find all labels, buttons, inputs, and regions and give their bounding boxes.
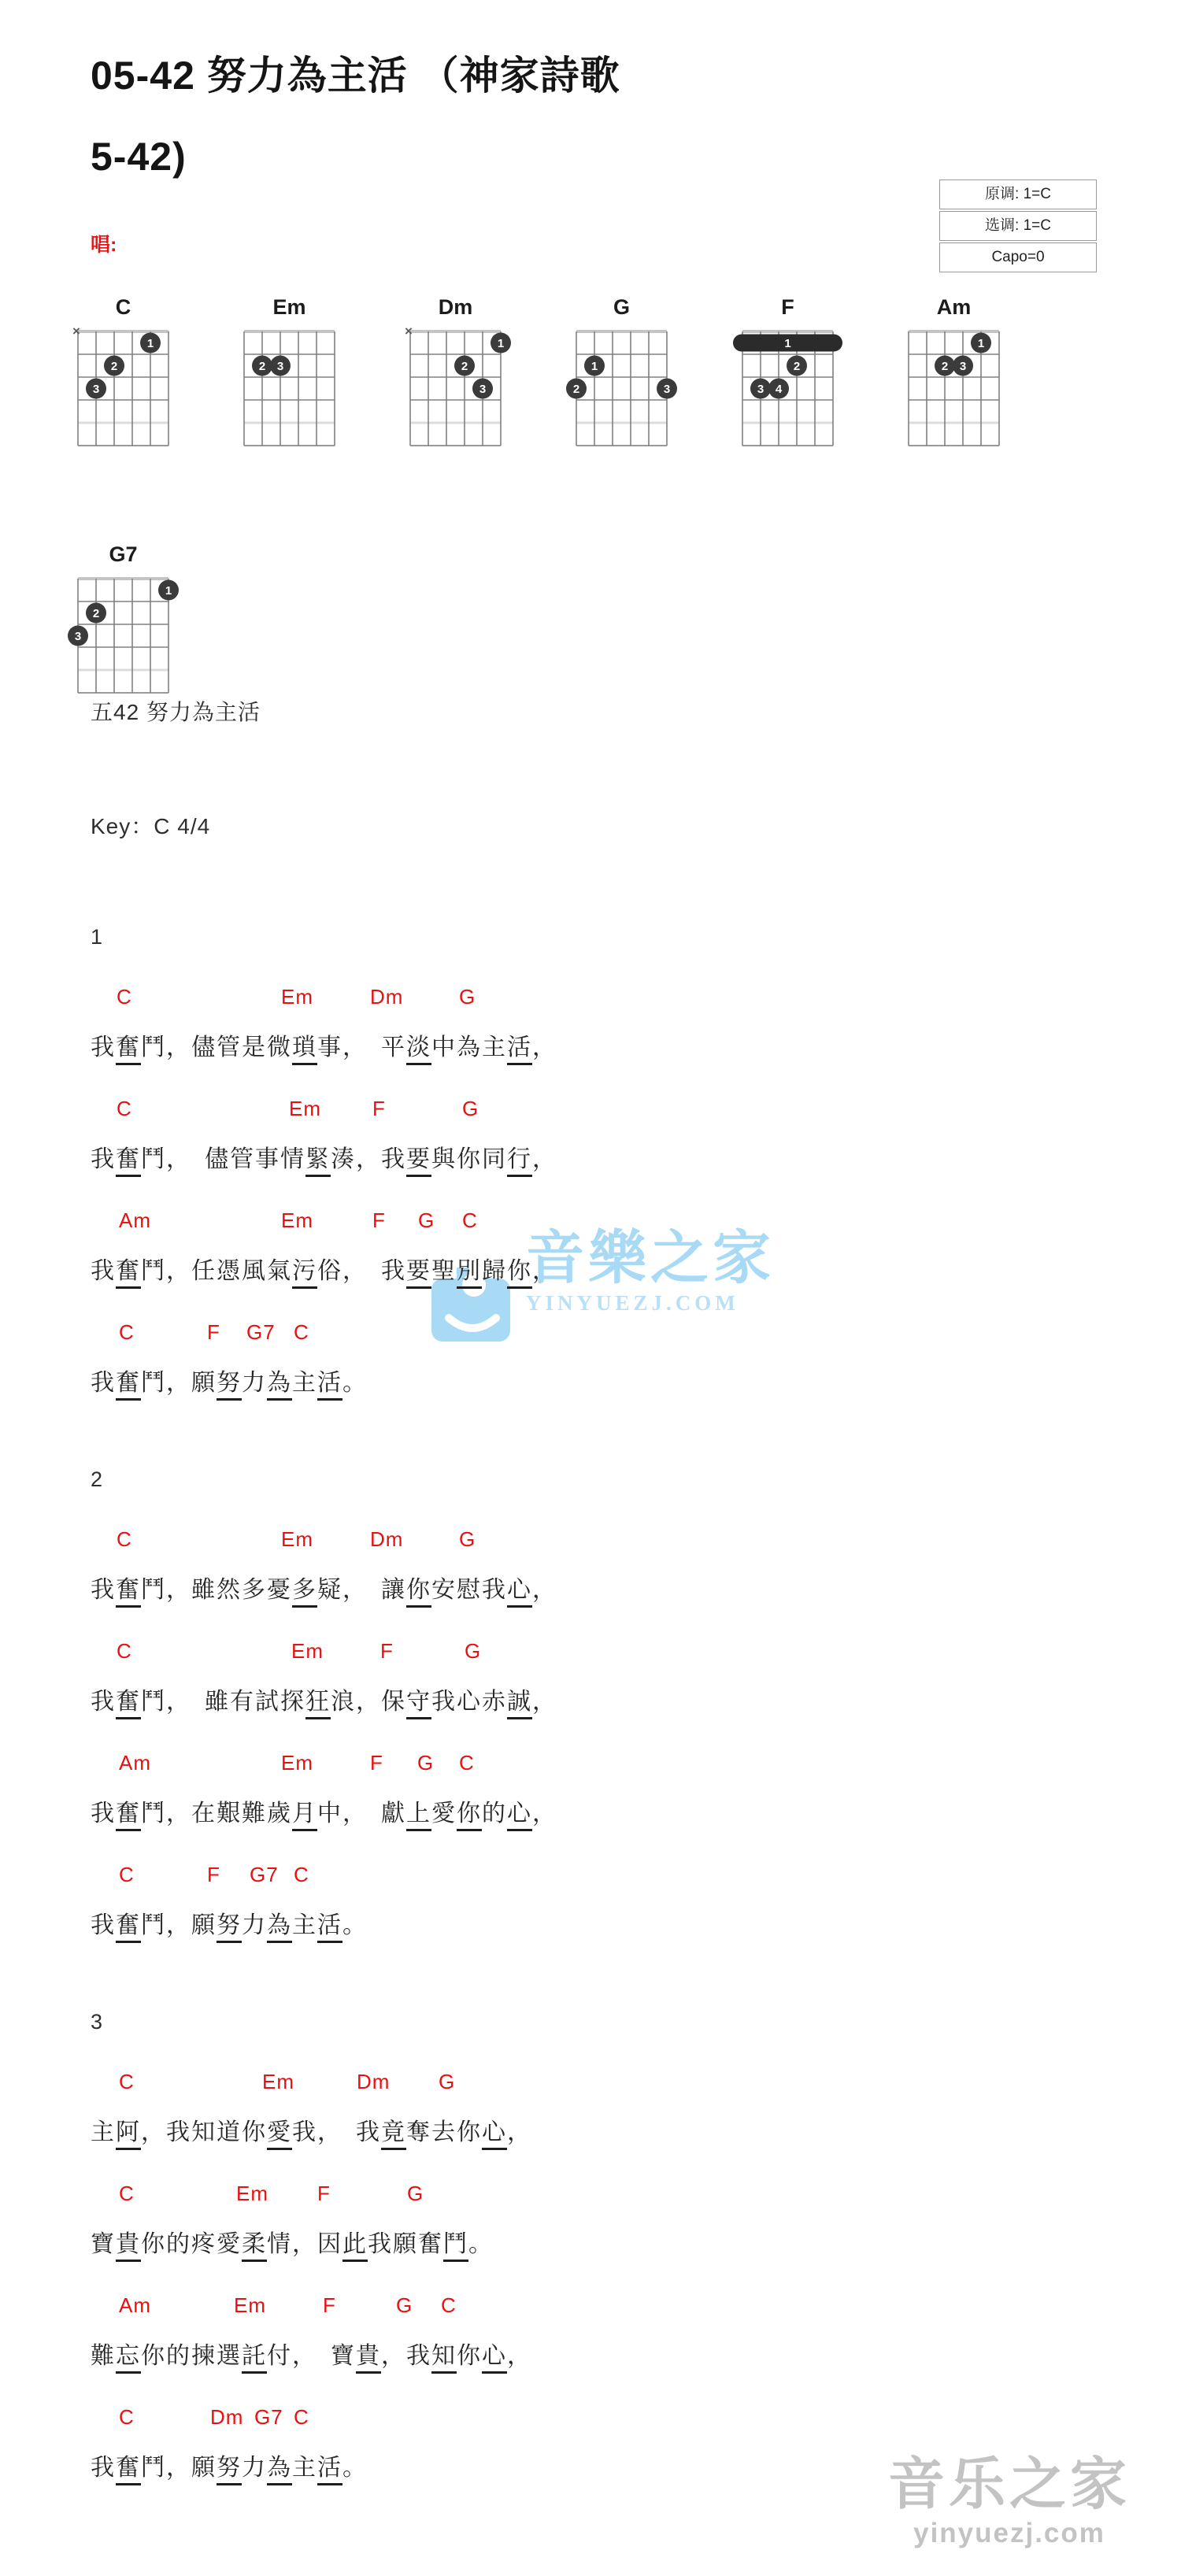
chord-label: Dm: [370, 1527, 403, 1552]
lyric-segment: 湊，我: [331, 1146, 406, 1172]
muted-string-marker: ×: [405, 324, 413, 339]
lyric-segment: 主: [292, 1912, 317, 1938]
sheet-content: 05-42 努力為主活 （神家詩歌5-42) 唱: C×123Em23Dm×12…: [0, 35, 1181, 2493]
verse-3: 3CEmDmG主阿，我知道你愛我， 我竟奪去你心，CEmFG寶貴你的疼愛柔情，因…: [91, 2010, 1181, 2493]
selected-key-row: 选调: 1=C: [939, 211, 1097, 241]
svg-text:1: 1: [784, 337, 790, 350]
fretboard-grid: 123: [75, 569, 173, 695]
chord-name: Dm: [407, 295, 504, 322]
lyric-segment: 我: [91, 1912, 116, 1938]
lyric-segment: 力: [242, 1912, 267, 1938]
chord-label: G7: [254, 2405, 283, 2430]
chord-label: Am: [119, 2293, 151, 2318]
muted-string-marker: ×: [72, 324, 80, 339]
lyric-segment: 託: [242, 2343, 267, 2374]
svg-text:3: 3: [960, 360, 966, 373]
watermark-domain: yinyuezj.com: [888, 2518, 1131, 2549]
fretboard-grid: 1234: [739, 322, 838, 448]
chord-label: G: [462, 1097, 479, 1121]
chord-label: F: [380, 1639, 394, 1664]
chord-label: G: [459, 1527, 476, 1552]
lyric-segment: 污: [292, 1258, 317, 1289]
lyric-segment: 。: [342, 1912, 368, 1938]
lyric-segment: 力: [242, 1370, 267, 1396]
chord-label: F: [207, 1863, 220, 1887]
lyric-segment: 。: [342, 1370, 368, 1396]
lyric-segment: ，: [532, 1146, 557, 1172]
lyric-segment: 我: [91, 1577, 116, 1603]
lyric-segment: 奮: [116, 1258, 141, 1289]
chord-label: C: [459, 1751, 475, 1775]
lyric-segment: 狂: [305, 1689, 331, 1719]
svg-text:2: 2: [794, 360, 800, 373]
capo-row: Capo=0: [939, 242, 1097, 272]
chord-label: C: [294, 1863, 309, 1887]
verse-number: 1: [91, 925, 1181, 949]
lyric-segment: ，: [532, 1034, 557, 1060]
lyric-segment: 行: [507, 1146, 532, 1177]
lyric-segment: 貴: [356, 2343, 381, 2374]
chord-label: G: [418, 1208, 435, 1233]
lyric-segment: 柔: [242, 2231, 267, 2262]
lyric-line: 我奮鬥，儘管是微瑣事， 平淡中為主活，: [91, 1031, 1181, 1073]
lyric-segment: 奮: [116, 2455, 141, 2485]
svg-text:2: 2: [942, 360, 948, 373]
lyric-segment: 鬥，在艱難歲: [141, 1801, 292, 1827]
chord-label: Dm: [370, 985, 403, 1009]
lyric-segment: ，: [532, 1689, 557, 1715]
lyric-segment: ，: [507, 2119, 532, 2145]
lyric-segment: 難: [91, 2343, 116, 2369]
chord-label: G7: [246, 1320, 276, 1345]
chord-label: F: [207, 1320, 220, 1345]
lyric-segment: 。: [468, 2231, 494, 2257]
lyric-segment: 努: [217, 2455, 242, 2485]
lyric-segment: 我: [91, 1034, 116, 1060]
lyric-segment: 我: [91, 1689, 116, 1715]
lyric-segment: 寶: [91, 2231, 116, 2257]
lyric-segment: 奮: [116, 1801, 141, 1831]
lyric-segment: 緊: [305, 1146, 331, 1177]
fretboard-grid: 123: [905, 322, 1004, 448]
svg-text:2: 2: [93, 607, 99, 620]
chord-label: F: [372, 1097, 386, 1121]
chord-label: Em: [234, 2293, 266, 2318]
chord-label: G: [396, 2293, 413, 2318]
chord-label: Am: [119, 1208, 151, 1233]
lyric-segment: 上: [406, 1801, 431, 1831]
svg-text:3: 3: [277, 360, 283, 373]
lyric-chord-line: AmEmFGC我奮鬥，任憑風氣污俗， 我要聖別歸你，: [91, 1208, 1181, 1297]
verse-1: 1CEmDmG我奮鬥，儘管是微瑣事， 平淡中為主活，CEmFG我奮鬥， 儘管事情…: [91, 925, 1181, 1408]
chord-line: CFG7C: [91, 1863, 1181, 1908]
lyric-segment: 。: [342, 2455, 368, 2481]
chord-name: F: [739, 295, 836, 322]
chord-diagram-Am: Am123: [905, 295, 1002, 448]
lyric-segment: ，我: [381, 2343, 431, 2369]
lyric-segment: 瑣: [292, 1034, 317, 1065]
svg-text:1: 1: [165, 584, 172, 598]
lyric-segment: 心: [507, 1577, 532, 1608]
lyric-segment: 鬥， 儘管事情: [141, 1146, 305, 1172]
chord-label: F: [372, 1208, 386, 1233]
lyric-segment: 要: [406, 1258, 431, 1289]
title-line-1: 05-42 努力為主活 （神家詩歌: [91, 54, 620, 98]
page-title: 05-42 努力為主活 （神家詩歌5-42): [91, 35, 1181, 198]
lyric-segment: 鬥， 雖有試探: [141, 1689, 305, 1715]
lyric-segment: 你: [457, 2343, 482, 2369]
fretboard-grid: ×123: [407, 322, 505, 448]
chord-label: G: [465, 1639, 481, 1664]
lyric-segment: 歸: [482, 1258, 507, 1284]
chord-label: Am: [119, 1751, 151, 1775]
lyric-line: 我奮鬥，雖然多憂多疑， 讓你安慰我心，: [91, 1573, 1181, 1616]
song-subtitle: 五42 努力為主活: [91, 695, 1181, 727]
key-signature: Key：C 4/4: [91, 809, 1181, 841]
lyric-segment: 的: [482, 1801, 507, 1827]
lyric-segment: ，: [532, 1801, 557, 1827]
chord-diagram-G: G123: [573, 295, 670, 448]
chord-label: Dm: [210, 2405, 243, 2430]
lyric-segment: 多: [292, 1577, 317, 1608]
lyric-segment: 我: [91, 1146, 116, 1172]
verse-number: 3: [91, 2010, 1181, 2034]
lyric-line: 我奮鬥，願努力為主活。: [91, 2451, 1181, 2493]
svg-text:1: 1: [147, 337, 154, 350]
chord-label: C: [117, 1639, 132, 1664]
lyric-segment: 俗， 我: [317, 1258, 406, 1284]
lyric-segment: 你: [507, 1258, 532, 1289]
svg-text:3: 3: [757, 383, 764, 396]
lyric-segment: 情，因: [267, 2231, 342, 2257]
chord-name: C: [75, 295, 172, 322]
chord-diagram-F: F1234: [739, 295, 836, 448]
chord-label: Em: [281, 1751, 313, 1775]
chord-label: G: [417, 1751, 434, 1775]
chord-label: F: [323, 2293, 336, 2318]
chord-diagram-Dm: Dm×123: [407, 295, 504, 448]
lyric-segment: 你的疼愛: [141, 2231, 242, 2257]
lyric-segment: 你: [457, 1801, 482, 1831]
chord-name: Am: [905, 295, 1002, 322]
lyric-segment: 努: [217, 1912, 242, 1943]
chord-label: G7: [250, 1863, 279, 1887]
lyric-segment: ，我知道你: [141, 2119, 267, 2145]
lyric-segment: 中為主: [431, 1034, 507, 1060]
chord-label: G: [459, 985, 476, 1009]
lyric-line: 我奮鬥，願努力為主活。: [91, 1908, 1181, 1951]
lyric-segment: 鬥，願: [141, 1370, 217, 1396]
lyric-chord-line: AmEmFGC我奮鬥，在艱難歲月中， 獻上愛你的心，: [91, 1751, 1181, 1839]
lyric-segment: 我願奮: [368, 2231, 443, 2257]
lyric-segment: 誠: [507, 1689, 532, 1719]
svg-text:2: 2: [573, 383, 579, 396]
lyric-segment: 事， 平: [317, 1034, 406, 1060]
chord-line: AmEmFGC: [91, 2293, 1181, 2339]
lyric-segment: 奮: [116, 1577, 141, 1608]
verses: 1CEmDmG我奮鬥，儘管是微瑣事， 平淡中為主活，CEmFG我奮鬥， 儘管事情…: [91, 925, 1181, 2493]
lyric-segment: 奮: [116, 1912, 141, 1943]
chord-name: G7: [75, 542, 172, 569]
chord-diagram-Em: Em23: [241, 295, 338, 448]
verse-number: 2: [91, 1468, 1181, 1492]
lyric-segment: 忘: [116, 2343, 141, 2374]
chord-label: Em: [236, 2182, 268, 2206]
fretboard-grid: 23: [241, 322, 339, 448]
lyric-segment: 奮: [116, 1034, 141, 1065]
lyric-segment: 我: [91, 1801, 116, 1827]
lyric-segment: 心: [482, 2343, 507, 2374]
lyric-segment: 我心赤: [431, 1689, 507, 1715]
lyric-segment: 我， 我: [292, 2119, 381, 2145]
svg-text:1: 1: [978, 337, 984, 350]
chord-label: C: [119, 2405, 135, 2430]
lyric-segment: 阿: [116, 2119, 141, 2150]
lyric-segment: 主: [292, 1370, 317, 1396]
chord-name: G: [573, 295, 670, 322]
lyric-chord-line: CEmDmG我奮鬥，儘管是微瑣事， 平淡中為主活，: [91, 985, 1181, 1073]
chord-line: CEmFG: [91, 1639, 1181, 1685]
chord-label: C: [117, 1527, 132, 1552]
chord-line: CEmDmG: [91, 1527, 1181, 1573]
svg-text:1: 1: [591, 360, 598, 373]
lyric-segment: 愛: [267, 2119, 292, 2150]
lyric-segment: 要: [406, 1146, 431, 1177]
lyric-chord-line: CFG7C我奮鬥，願努力為主活。: [91, 1863, 1181, 1951]
chord-label: Em: [291, 1639, 324, 1664]
svg-text:2: 2: [259, 360, 265, 373]
lyric-line: 主阿，我知道你愛我， 我竟奪去你心，: [91, 2115, 1181, 2158]
lyric-segment: 我: [91, 2455, 116, 2481]
chord-diagrams-row-1: C×123Em23Dm×123G123F1234Am123: [75, 295, 1181, 448]
lyric-segment: 鬥，願: [141, 2455, 217, 2481]
chord-label: G: [407, 2182, 424, 2206]
lyric-chord-line: CEmFG寶貴你的疼愛柔情，因此我願奮鬥。: [91, 2182, 1181, 2270]
lyric-segment: 活: [507, 1034, 532, 1065]
lyric-line: 寶貴你的疼愛柔情，因此我願奮鬥。: [91, 2227, 1181, 2270]
chord-sheet-page: 音樂之家 YINYUEZJ.COM 音乐之家 yinyuezj.com 原调: …: [0, 0, 1181, 2576]
chord-line: CEmDmG: [91, 2070, 1181, 2115]
chord-diagram-C: C×123: [75, 295, 172, 448]
lyric-segment: 鬥，任憑風氣: [141, 1258, 292, 1284]
chord-line: CDmG7C: [91, 2405, 1181, 2451]
chord-diagram-G7: G7123: [75, 542, 172, 695]
lyric-segment: 我: [91, 1370, 116, 1396]
lyric-segment: 主: [292, 2455, 317, 2481]
lyric-segment: 奮: [116, 1370, 141, 1401]
lyric-segment: ，: [532, 1577, 557, 1603]
chord-line: CEmFG: [91, 1097, 1181, 1142]
lyric-line: 難忘你的揀選託付， 寶貴，我知你心，: [91, 2339, 1181, 2382]
lyric-segment: 活: [317, 1370, 342, 1401]
lyric-segment: 淡: [406, 1034, 431, 1065]
svg-text:2: 2: [111, 360, 117, 373]
lyric-line: 我奮鬥，在艱難歲月中， 獻上愛你的心，: [91, 1797, 1181, 1839]
lyric-segment: 愛: [431, 1801, 457, 1827]
chord-label: Em: [289, 1097, 321, 1121]
title-line-2: 5-42): [91, 135, 187, 179]
chord-label: C: [294, 1320, 309, 1345]
chord-label: C: [119, 2070, 135, 2094]
lyric-line: 我奮鬥，願努力為主活。: [91, 1366, 1181, 1408]
lyric-segment: 你的揀選: [141, 2343, 242, 2369]
lyric-segment: 別: [457, 1258, 482, 1289]
lyric-segment: 為: [267, 1912, 292, 1943]
svg-text:2: 2: [461, 360, 468, 373]
lyric-segment: 疑， 讓: [317, 1577, 406, 1603]
svg-text:1: 1: [498, 337, 504, 350]
lyric-segment: 努: [217, 1370, 242, 1401]
chord-label: Dm: [357, 2070, 390, 2094]
chord-label: C: [462, 1208, 478, 1233]
chord-label: C: [119, 1863, 135, 1887]
lyric-segment: 月: [292, 1801, 317, 1831]
lyric-chord-line: AmEmFGC難忘你的揀選託付， 寶貴，我知你心，: [91, 2293, 1181, 2382]
chord-name: Em: [241, 295, 338, 322]
lyric-segment: 你: [406, 1577, 431, 1608]
lyric-segment: 主: [91, 2119, 116, 2145]
lyric-segment: 奪去你: [406, 2119, 482, 2145]
lyric-segment: 貴: [116, 2231, 141, 2262]
lyric-line: 我奮鬥， 儘管事情緊湊，我要與你同行，: [91, 1142, 1181, 1185]
lyric-segment: 鬥: [443, 2231, 468, 2262]
chord-label: Em: [281, 985, 313, 1009]
fretboard-grid: ×123: [75, 322, 173, 448]
lyric-line: 我奮鬥， 雖有試探狂浪，保守我心赤誠，: [91, 1685, 1181, 1727]
lyric-segment: 中， 獻: [317, 1801, 406, 1827]
key-info-box: 原调: 1=C 选调: 1=C Capo=0: [939, 180, 1097, 272]
chord-label: C: [119, 1320, 135, 1345]
lyric-segment: 此: [342, 2231, 368, 2262]
lyric-segment: 聖: [431, 1258, 457, 1284]
lyric-segment: 心: [507, 1801, 532, 1831]
lyric-chord-line: CEmDmG我奮鬥，雖然多憂多疑， 讓你安慰我心，: [91, 1527, 1181, 1616]
lyric-chord-line: CEmDmG主阿，我知道你愛我， 我竟奪去你心，: [91, 2070, 1181, 2158]
chord-label: F: [317, 2182, 331, 2206]
svg-text:3: 3: [93, 383, 99, 396]
lyric-segment: 我: [91, 1258, 116, 1284]
chord-line: CFG7C: [91, 1320, 1181, 1366]
original-key-row: 原调: 1=C: [939, 180, 1097, 209]
lyric-segment: 竟: [381, 2119, 406, 2150]
lyric-segment: 奮: [116, 1146, 141, 1177]
svg-text:3: 3: [479, 383, 486, 396]
chord-label: Em: [262, 2070, 294, 2094]
lyric-segment: 為: [267, 2455, 292, 2485]
chord-label: G: [439, 2070, 455, 2094]
chord-diagrams-row-2: G7123: [75, 542, 1181, 695]
lyric-segment: 鬥，願: [141, 1912, 217, 1938]
verse-2: 2CEmDmG我奮鬥，雖然多憂多疑， 讓你安慰我心，CEmFG我奮鬥， 雖有試探…: [91, 1468, 1181, 1951]
lyric-line: 我奮鬥，任憑風氣污俗， 我要聖別歸你，: [91, 1254, 1181, 1297]
lyric-chord-line: CEmFG我奮鬥， 雖有試探狂浪，保守我心赤誠，: [91, 1639, 1181, 1727]
lyric-segment: 鬥，儘管是微: [141, 1034, 292, 1060]
svg-text:3: 3: [75, 630, 81, 643]
lyric-segment: 心: [482, 2119, 507, 2150]
chord-line: AmEmFGC: [91, 1751, 1181, 1797]
chord-label: C: [117, 1097, 132, 1121]
chord-label: C: [441, 2293, 457, 2318]
lyric-segment: 奮: [116, 1689, 141, 1719]
lyric-segment: ，: [532, 1258, 557, 1284]
lyric-segment: ，: [507, 2343, 532, 2369]
svg-text:3: 3: [664, 383, 670, 396]
lyric-chord-line: CDmG7C我奮鬥，願努力為主活。: [91, 2405, 1181, 2493]
svg-text:4: 4: [776, 383, 783, 396]
lyric-chord-line: CFG7C我奮鬥，願努力為主活。: [91, 1320, 1181, 1408]
lyric-segment: 鬥，雖然多憂: [141, 1577, 292, 1603]
lyric-segment: 守: [406, 1689, 431, 1719]
lyric-segment: 力: [242, 2455, 267, 2481]
lyric-segment: 為: [267, 1370, 292, 1401]
lyric-segment: 活: [317, 2455, 342, 2485]
fretboard-grid: 123: [573, 322, 672, 448]
chord-label: C: [119, 2182, 135, 2206]
chord-label: C: [117, 985, 132, 1009]
lyric-chord-line: CEmFG我奮鬥， 儘管事情緊湊，我要與你同行，: [91, 1097, 1181, 1185]
chord-label: C: [294, 2405, 309, 2430]
chord-label: Em: [281, 1208, 313, 1233]
lyric-segment: 付， 寶: [267, 2343, 356, 2369]
chord-label: Em: [281, 1527, 313, 1552]
chord-line: AmEmFGC: [91, 1208, 1181, 1254]
lyric-segment: 安慰我: [431, 1577, 507, 1603]
lyric-segment: 與你同: [431, 1146, 507, 1172]
lyric-segment: 活: [317, 1912, 342, 1943]
chord-label: F: [370, 1751, 383, 1775]
chord-line: CEmFG: [91, 2182, 1181, 2227]
chord-line: CEmDmG: [91, 985, 1181, 1031]
lyric-segment: 知: [431, 2343, 457, 2374]
lyric-segment: 浪，保: [331, 1689, 406, 1715]
